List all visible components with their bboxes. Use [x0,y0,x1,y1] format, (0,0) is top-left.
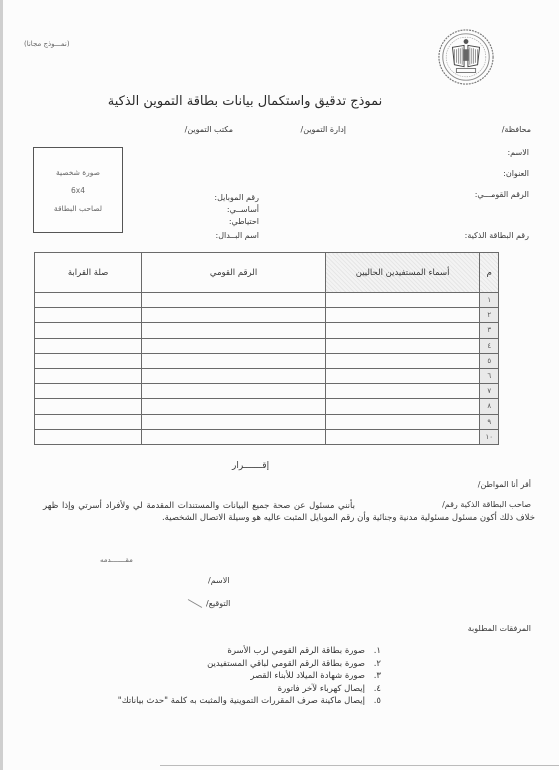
national-id-cell[interactable] [142,338,326,353]
table-row: ٩ [35,414,499,429]
national-id-cell[interactable] [142,384,326,399]
attachment-item: ٢.صورة بطاقة الرقم القومي لباقي المستفيد… [118,658,381,671]
substitute-name-label: اسم البــدال: [216,231,259,240]
national-id-cell[interactable] [142,429,326,444]
relation-cell[interactable] [35,338,142,353]
beneficiaries-table: م أسماء المستفيدين الحاليين الرقم القومي… [34,252,499,445]
row-number: ٨ [480,399,499,414]
declaration-heading: إقـــــــرار [232,461,269,471]
photo-box-line1: صورة شخصية [34,168,122,177]
row-number: ١ [480,293,499,308]
table-row: ١٠ [35,429,499,444]
header-serial: م [480,253,499,293]
table-row: ٣ [35,323,499,338]
beneficiary-name-cell[interactable] [325,353,480,368]
row-number: ٥ [480,353,499,368]
attachments-list: ١.صورة بطاقة الرقم القومي لرب الأسرة ٢.ص… [118,645,381,708]
form-title: نموذج تدقيق واستكمال بيانات بطاقة التموي… [100,94,390,109]
attachment-text: إيصال ماكينة صرف المقررات التموينية والم… [118,696,365,706]
beneficiary-name-cell[interactable] [325,338,480,353]
beneficiary-name-cell[interactable] [325,308,480,323]
photo-placeholder-box: صورة شخصية 6x4 لصاحب البطاقة [33,147,123,233]
relation-cell[interactable] [35,368,142,383]
citizen-declaration-line: أقر أنا المواطن/ [478,480,531,489]
photo-box-size: 6x4 [34,186,122,195]
governorate-label: محافظة/ [502,125,531,134]
beneficiary-name-cell[interactable] [325,323,480,338]
mobile-number-label: رقم الموبايل: [214,193,259,202]
declaration-body: بأنني مسئول عن صحة جميع البيانات والمستن… [43,500,535,524]
attachment-item: ١.صورة بطاقة الرقم القومي لرب الأسرة [118,645,381,658]
supply-office-label: مكتب التموين/ [185,125,233,134]
table-header-row: م أسماء المستفيدين الحاليين الرقم القومي… [35,253,499,293]
table-row: ١ [35,293,499,308]
national-id-cell[interactable] [142,293,326,308]
signer-name-label: الاسم/ [208,576,230,585]
table-row: ٦ [35,368,499,383]
smart-card-number-label: رقم البطاقة الذكية: [465,231,529,240]
attachment-item: ٤.إيصال كهرباء لآخر فاتورة [118,683,381,696]
attachment-number: ٢. [365,658,381,671]
supply-administration-label: إدارة التموين/ [301,125,346,134]
scan-edge-shadow [0,0,3,770]
attachment-item: ٥.إيصال ماكينة صرف المقررات التموينية وا… [118,695,381,708]
national-id-label: الرقم القومـــي: [475,190,529,199]
row-number: ٢ [480,308,499,323]
relation-cell[interactable] [35,399,142,414]
table-row: ٧ [35,384,499,399]
photo-box-line3: لصاحب البطاقة [34,204,122,213]
attachment-number: ٥. [365,695,381,708]
attachment-text: إيصال كهرباء لآخر فاتورة [278,684,365,694]
name-label: الاسم: [507,148,529,157]
row-number: ٩ [480,414,499,429]
attachment-number: ١. [365,645,381,658]
backup-mobile-label: احتياطي: [229,217,259,226]
relation-cell[interactable] [35,384,142,399]
signature-label: التوقيع/ [206,599,230,608]
relation-cell[interactable] [35,414,142,429]
relation-cell[interactable] [35,353,142,368]
bottom-scan-rule [160,765,559,766]
national-id-cell[interactable] [142,308,326,323]
row-number: ٧ [480,384,499,399]
attachment-text: صورة بطاقة الرقم القومي لباقي المستفيدين [207,659,365,669]
attachments-heading: المرفقات المطلوبة [468,624,531,633]
national-id-cell[interactable] [142,368,326,383]
egypt-eagle-emblem-icon [437,28,495,86]
signature-mark [188,599,202,608]
relation-cell[interactable] [35,293,142,308]
primary-mobile-label: أساســي: [227,205,259,214]
attachment-number: ٣. [365,670,381,683]
address-label: العنوان: [503,169,529,178]
national-id-cell[interactable] [142,399,326,414]
row-number: ١٠ [480,429,499,444]
attachment-text: صورة شهادة الميلاد للأبناء القصر [250,671,365,681]
beneficiary-name-cell[interactable] [325,384,480,399]
table-row: ٢ [35,308,499,323]
beneficiary-name-cell[interactable] [325,293,480,308]
relation-cell[interactable] [35,308,142,323]
national-id-cell[interactable] [142,353,326,368]
row-number: ٦ [480,368,499,383]
beneficiary-name-cell[interactable] [325,399,480,414]
attachment-text: صورة بطاقة الرقم القومي لرب الأسرة [227,646,365,656]
table-row: ٥ [35,353,499,368]
beneficiary-name-cell[interactable] [325,414,480,429]
beneficiary-name-cell[interactable] [325,429,480,444]
table-row: ٨ [35,399,499,414]
table-row: ٤ [35,338,499,353]
header-national-id: الرقم القومي [142,253,326,293]
national-id-cell[interactable] [142,323,326,338]
free-form-note: (نمـــوذج مجانا) [24,40,70,48]
row-number: ٤ [480,338,499,353]
row-number: ٣ [480,323,499,338]
relation-cell[interactable] [35,323,142,338]
attachment-number: ٤. [365,683,381,696]
relation-cell[interactable] [35,429,142,444]
national-id-cell[interactable] [142,414,326,429]
header-relation: صلة القرابة [35,253,142,293]
beneficiary-name-cell[interactable] [325,368,480,383]
attachment-item: ٣.صورة شهادة الميلاد للأبناء القصر [118,670,381,683]
header-beneficiary-names: أسماء المستفيدين الحاليين [325,253,480,293]
scanned-form-page: (نمـــوذج مجانا) نموذج تدقيق واستكمال بي… [0,0,559,770]
submitted-by-label: مقـــــــدمه [100,556,133,564]
